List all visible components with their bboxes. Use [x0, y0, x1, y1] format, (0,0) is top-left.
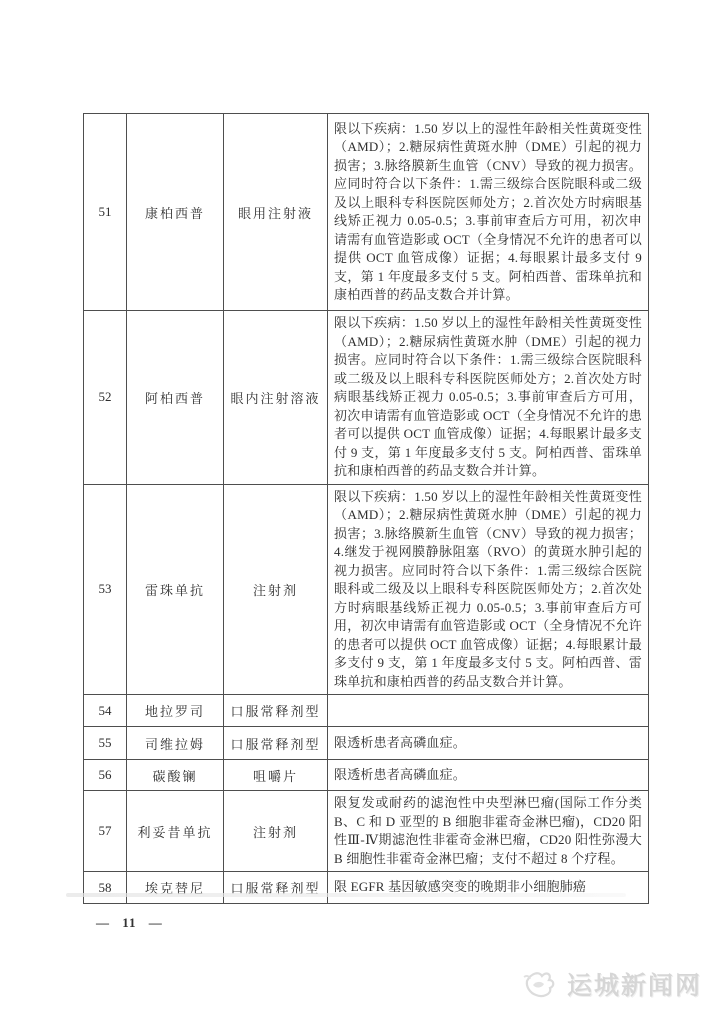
row-number-cell: 54: [84, 695, 127, 727]
row-number-cell: 56: [84, 760, 127, 791]
dosage-form-cell: 眼内注射溶液: [224, 311, 328, 485]
drug-name-cell: 地拉罗司: [127, 695, 224, 727]
drug-name-cell: 康柏西普: [127, 114, 224, 311]
table-row: 56 碳酸镧 咀嚼片 限透析患者高磷血症。: [84, 760, 649, 791]
dosage-form-cell: 注射剂: [224, 791, 328, 872]
dosage-form-cell: 眼用注射液: [224, 114, 328, 311]
row-number-cell: 53: [84, 484, 127, 695]
dosage-form-cell: 口服常释剂型: [224, 695, 328, 727]
row-number-cell: 58: [84, 872, 127, 904]
restriction-cell: 限 EGFR 基因敏感突变的晚期非小细胞肺癌: [328, 872, 649, 904]
row-number-cell: 52: [84, 311, 127, 485]
document-page: 51 康柏西普 眼用注射液 限以下疾病：1.50 岁以上的湿性年龄相关性黄斑变性…: [0, 0, 720, 1018]
drug-name-cell: 阿柏西普: [127, 311, 224, 485]
table-row: 51 康柏西普 眼用注射液 限以下疾病：1.50 岁以上的湿性年龄相关性黄斑变性…: [84, 114, 649, 311]
drug-name-cell: 碳酸镧: [127, 760, 224, 791]
watermark-logo-icon: [521, 967, 561, 1001]
table-row: 52 阿柏西普 眼内注射溶液 限以下疾病：1.50 岁以上的湿性年龄相关性黄斑变…: [84, 311, 649, 485]
row-number-cell: 51: [84, 114, 127, 311]
dosage-form-cell: 咀嚼片: [224, 760, 328, 791]
drug-restriction-table: 51 康柏西普 眼用注射液 限以下疾病：1.50 岁以上的湿性年龄相关性黄斑变性…: [83, 113, 649, 904]
table-row: 55 司维拉姆 口服常释剂型 限透析患者高磷血症。: [84, 727, 649, 760]
restriction-cell: 限以下疾病：1.50 岁以上的湿性年龄相关性黄斑变性（AMD）；2.糖尿病性黄斑…: [328, 311, 649, 485]
dosage-form-cell: 口服常释剂型: [224, 872, 328, 904]
drug-name-cell: 埃克替尼: [127, 872, 224, 904]
table-row: 58 埃克替尼 口服常释剂型 限 EGFR 基因敏感突变的晚期非小细胞肺癌: [84, 872, 649, 904]
restriction-cell: 限以下疾病：1.50 岁以上的湿性年龄相关性黄斑变性（AMD）；2.糖尿病性黄斑…: [328, 114, 649, 311]
restriction-cell: [328, 695, 649, 727]
table-row: 57 利妥昔单抗 注射剂 限复发或耐药的滤泡性中央型淋巴瘤(国际工作分类 B、C…: [84, 791, 649, 872]
drug-name-cell: 利妥昔单抗: [127, 791, 224, 872]
drug-name-cell: 司维拉姆: [127, 727, 224, 760]
dosage-form-cell: 注射剂: [224, 484, 328, 695]
scan-artifact-line: [66, 893, 626, 897]
dosage-form-cell: 口服常释剂型: [224, 727, 328, 760]
row-number-cell: 57: [84, 791, 127, 872]
restriction-cell: 限以下疾病：1.50 岁以上的湿性年龄相关性黄斑变性（AMD）；2.糖尿病性黄斑…: [328, 484, 649, 695]
row-number-cell: 55: [84, 727, 127, 760]
watermark: 运城新闻网: [521, 966, 702, 1002]
restriction-cell: 限复发或耐药的滤泡性中央型淋巴瘤(国际工作分类 B、C 和 D 亚型的 B 细胞…: [328, 791, 649, 872]
table-row: 54 地拉罗司 口服常释剂型: [84, 695, 649, 727]
drug-name-cell: 雷珠单抗: [127, 484, 224, 695]
page-number: — 11 —: [96, 915, 163, 931]
watermark-text: 运城新闻网: [567, 966, 702, 1002]
restriction-cell: 限透析患者高磷血症。: [328, 727, 649, 760]
table-row: 53 雷珠单抗 注射剂 限以下疾病：1.50 岁以上的湿性年龄相关性黄斑变性（A…: [84, 484, 649, 695]
restriction-cell: 限透析患者高磷血症。: [328, 760, 649, 791]
